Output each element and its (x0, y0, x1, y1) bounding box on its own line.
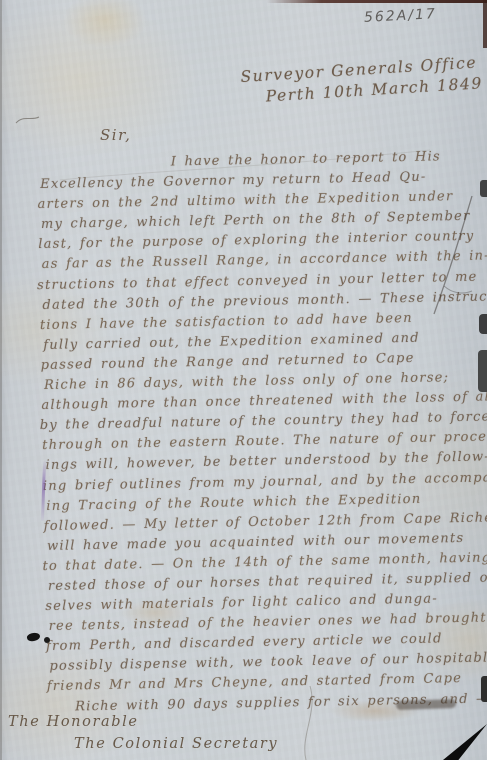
edge-damage (479, 314, 487, 334)
letterhead: Surveyor Generals Office Perth 10th Marc… (240, 54, 477, 107)
left-edge-shadow (0, 0, 2, 760)
top-edge-shadow (266, 0, 487, 3)
archival-number: 562A/17 (364, 6, 438, 26)
letter-body: I have the honor to report to HisExcelle… (37, 147, 487, 718)
ink-blot (26, 632, 41, 643)
addressee-honorific: The Honorable (8, 714, 139, 730)
addressee-title: The Colonial Secretary (74, 736, 278, 752)
torn-corner (443, 724, 487, 760)
right-edge-shadow (483, 0, 487, 48)
edge-damage (480, 180, 487, 197)
salutation: Sir, (100, 126, 131, 144)
manuscript-page: 562A/17 Surveyor Generals Office Perth 1… (0, 0, 487, 760)
